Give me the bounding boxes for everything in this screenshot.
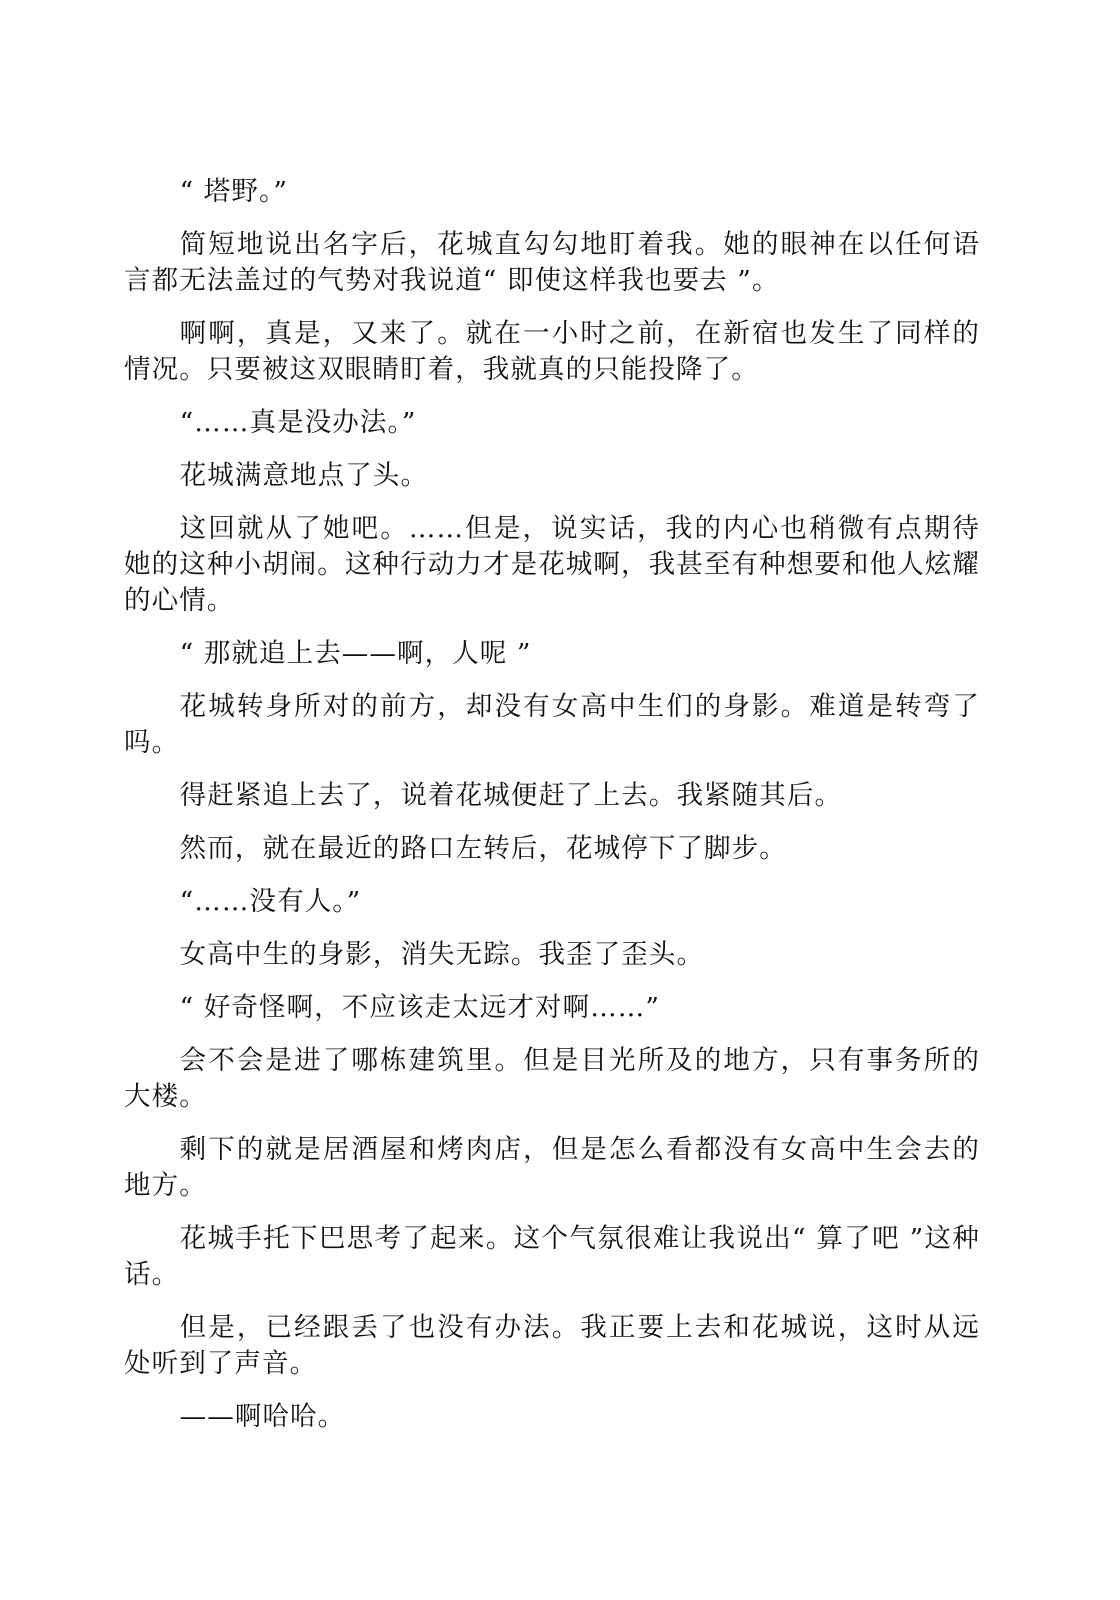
paragraph-9: 得赶紧追上去了，说着花城便赶了上去。我紧随其后。 (124, 778, 980, 814)
paragraph-13: “ 好奇怪啊，不应该走太远才对啊……” (124, 990, 980, 1026)
paragraph-14: 会不会是进了哪栋建筑里。但是目光所及的地方，只有事务所的大楼。 (124, 1043, 980, 1115)
paragraph-5: 花城满意地点了头。 (124, 458, 980, 494)
paragraph-18: ——啊哈哈。 (124, 1399, 980, 1435)
paragraph-4: “……真是没办法。” (124, 405, 980, 441)
paragraph-7: “ 那就追上去——啊，人呢 ” (124, 636, 980, 672)
paragraph-2: 简短地说出名字后，花城直勾勾地盯着我。她的眼神在以任何语言都无法盖过的气势对我说… (124, 227, 980, 299)
paragraph-16: 花城手托下巴思考了起来。这个气氛很难让我说出“ 算了吧 ”这种话。 (124, 1221, 980, 1293)
paragraph-11: “……没有人。” (124, 884, 980, 920)
paragraph-8: 花城转身所对的前方，却没有女高中生们的身影。难道是转弯了吗。 (124, 689, 980, 761)
paragraph-12: 女高中生的身影，消失无踪。我歪了歪头。 (124, 937, 980, 973)
paragraph-3: 啊啊，真是，又来了。就在一小时之前，在新宿也发生了同样的情况。只要被这双眼睛盯着… (124, 316, 980, 388)
paragraph-17: 但是，已经跟丢了也没有办法。我正要上去和花城说，这时从远处听到了声音。 (124, 1310, 980, 1382)
document-page: “ 塔野。” 简短地说出名字后，花城直勾勾地盯着我。她的眼神在以任何语言都无法盖… (124, 174, 980, 1452)
paragraph-10: 然而，就在最近的路口左转后，花城停下了脚步。 (124, 831, 980, 867)
paragraph-6: 这回就从了她吧。……但是，说实话，我的内心也稍微有点期待她的这种小胡闹。这种行动… (124, 511, 980, 619)
paragraph-1: “ 塔野。” (124, 174, 980, 210)
paragraph-15: 剩下的就是居酒屋和烤肉店，但是怎么看都没有女高中生会去的地方。 (124, 1132, 980, 1204)
